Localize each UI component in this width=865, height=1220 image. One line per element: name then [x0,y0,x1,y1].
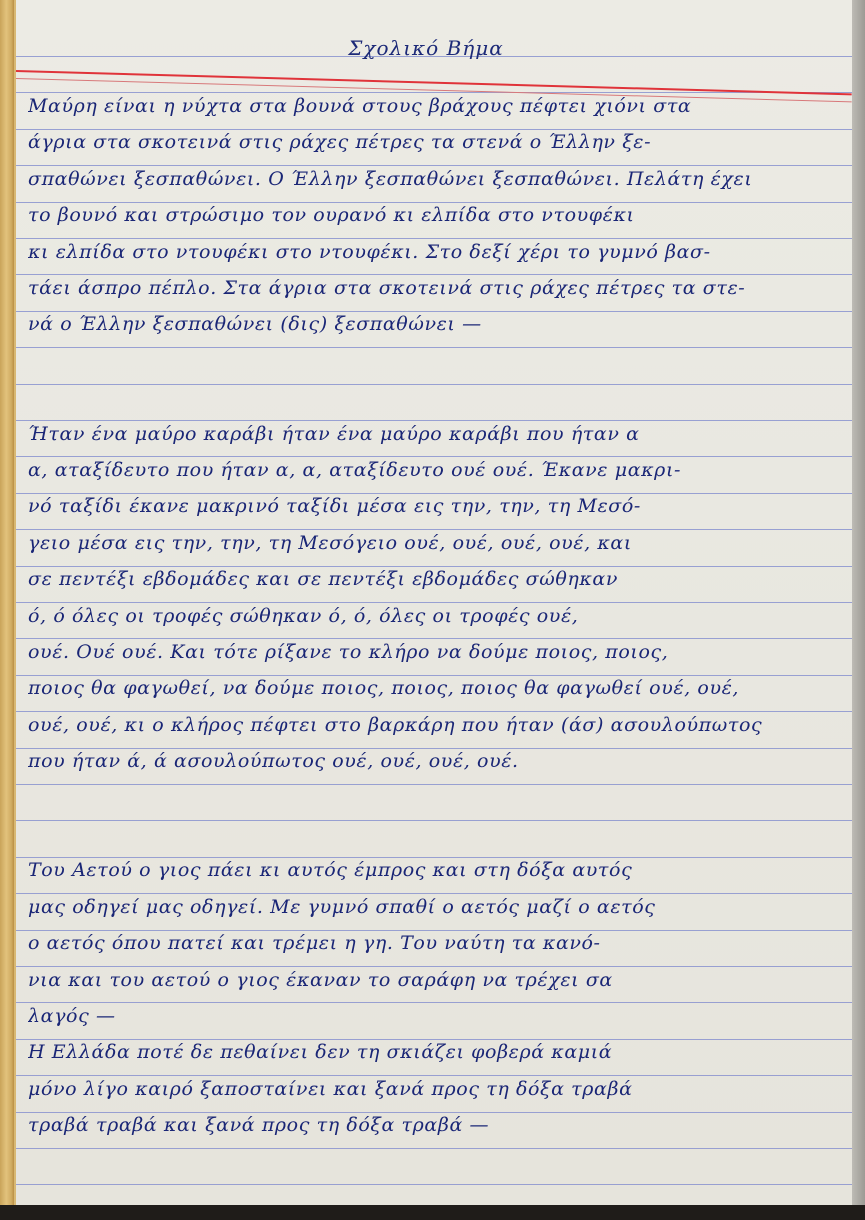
ruled-line [16,893,852,894]
ruled-line [16,638,852,639]
ruled-line [16,274,852,275]
handwritten-line: τραβά τραβά και ξανά προς τη δόξα τραβά … [28,1114,840,1136]
ruled-line [16,1112,852,1113]
page-title: Σχολικό Βήμα [0,36,852,60]
handwritten-line: σπαθώνει ξεσπαθώνει. Ο Έλλην ξεσπαθώνει … [28,168,840,190]
ruled-line [16,784,852,785]
notebook-page: Σχολικό Βήμα Μαύρη είναι η νύχτα στα βου… [0,0,852,1205]
ruled-line [16,820,852,821]
ruled-line [16,857,852,858]
ruled-line [16,1148,852,1149]
ruled-line [16,529,852,530]
ruled-line [16,966,852,967]
handwritten-line: νια και του αετού ο γιος έκαναν το σαράφ… [28,969,840,991]
ruled-line [16,675,852,676]
ruled-line [16,1002,852,1003]
handwritten-line: ό, ό όλες οι τροφές σώθηκαν ό, ό, όλες ο… [28,605,840,627]
handwritten-line: λαγός — [28,1005,840,1027]
handwritten-line: νά ο Έλλην ξεσπαθώνει (δις) ξεσπαθώνει — [28,313,840,335]
ruled-line [16,493,852,494]
ruled-line [16,930,852,931]
handwritten-line: Η Ελλάδα ποτέ δε πεθαίνει δεν τη σκιάζει… [28,1041,840,1063]
ruled-line [16,748,852,749]
ruled-line [16,311,852,312]
handwritten-line: Ήταν ένα μαύρο καράβι ήταν ένα μαύρο καρ… [28,423,840,445]
notebook-binding [0,0,14,1205]
page-edge-shadow [852,0,865,1220]
ruled-line [16,711,852,712]
ruled-line [16,602,852,603]
handwritten-line: κι ελπίδα στο ντουφέκι στο ντουφέκι. Στο… [28,241,840,263]
ruled-line [16,347,852,348]
ruled-line [16,456,852,457]
ruled-line [16,92,852,93]
ruled-line [16,238,852,239]
ruled-line [16,1075,852,1076]
ruled-line [16,1039,852,1040]
handwritten-line: σε πεντέξι εβδομάδες και σε πεντέξι εβδο… [28,568,840,590]
handwritten-line: τάει άσπρο πέπλο. Στα άγρια στα σκοτεινά… [28,277,840,299]
ruled-line [16,129,852,130]
ruled-line [16,165,852,166]
page-bottom-shadow [0,1205,865,1220]
handwritten-line: ο αετός όπου πατεί και τρέμει η γη. Του … [28,932,840,954]
handwritten-line: νό ταξίδι έκανε μακρινό ταξίδι μέσα εις … [28,495,840,517]
handwritten-line: που ήταν ά, ά ασουλούπωτος ουέ, ουέ, ουέ… [28,750,840,772]
ruled-line [16,202,852,203]
handwritten-line: ουέ, ουέ, κι ο κλήρος πέφτει στο βαρκάρη… [28,714,840,736]
handwritten-line: α, αταξίδευτο που ήταν α, α, αταξίδευτο … [28,459,840,481]
ruled-line [16,566,852,567]
ruled-line [16,420,852,421]
handwritten-line: γειο μέσα εις την, την, τη Μεσόγειο ουέ,… [28,532,840,554]
handwritten-line: Του Αετού ο γιος πάει κι αυτός έμπρος κα… [28,859,840,881]
ruled-line [16,384,852,385]
handwritten-line: ποιος θα φαγωθεί, να δούμε ποιος, ποιος,… [28,677,840,699]
ruled-line [16,1184,852,1185]
handwritten-line: το βουνό και στρώσιμο τον ουρανό κι ελπί… [28,204,840,226]
handwritten-line: ουέ. Ουέ ουέ. Και τότε ρίξανε το κλήρο ν… [28,641,840,663]
handwritten-line: μόνο λίγο καιρό ξαποσταίνει και ξανά προ… [28,1078,840,1100]
handwritten-line: άγρια στα σκοτεινά στις ράχες πέτρες τα … [28,131,840,153]
handwritten-line: Μαύρη είναι η νύχτα στα βουνά στους βράχ… [28,95,840,117]
handwritten-line: μας οδηγεί μας οδηγεί. Με γυμνό σπαθί ο … [28,896,840,918]
